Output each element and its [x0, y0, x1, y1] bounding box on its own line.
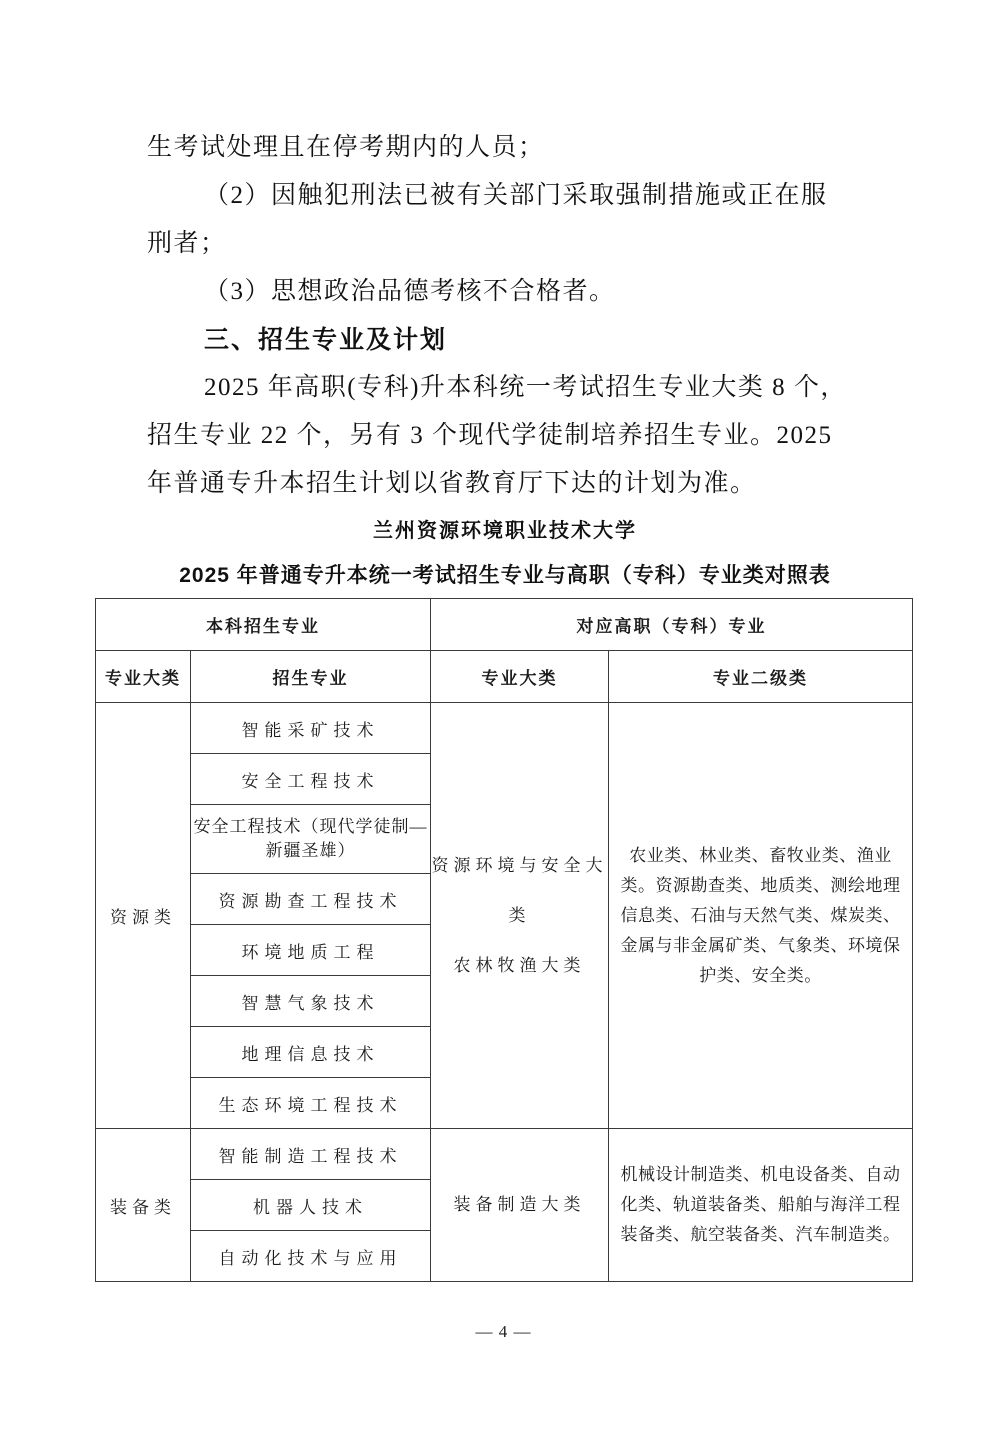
paragraph-line: 2025 年高职(专科)升本科统一考试招生专业大类 8 个，: [147, 364, 863, 412]
paragraph-line: 刑者；: [147, 220, 863, 268]
paragraph-line: 生考试处理且在停考期内的人员；: [147, 124, 863, 172]
header-vocational-group: 对应高职（专科）专业: [431, 599, 913, 651]
major-cell: 地理信息技术: [191, 1027, 431, 1078]
major-cell: 生态环境工程技术: [191, 1078, 431, 1129]
page-number: — 4 —: [0, 1322, 1007, 1342]
major-cell: 资源勘查工程技术: [191, 874, 431, 925]
major-cell: 自动化技术与应用: [191, 1231, 431, 1282]
paragraph-line: 年普通专升本招生计划以省教育厅下达的计划为准。: [147, 460, 863, 508]
main-text-block: 生考试处理且在停考期内的人员； （2）因触犯刑法已被有关部门采取强制措施或正在服…: [147, 124, 863, 594]
category-cell-equipment: 装备类: [96, 1129, 191, 1282]
table-caption: 2025 年普通专升本统一考试招生专业与高职（专科）专业类对照表: [147, 558, 863, 594]
major-cell: 安全工程技术（现代学徒制—新疆圣雄）: [191, 805, 431, 874]
comparison-table-wrap: 本科招生专业 对应高职（专科）专业 专业大类 招生专业 专业大类 专业二级类 资…: [95, 598, 912, 1282]
major-cell: 环境地质工程: [191, 925, 431, 976]
major-comparison-table: 本科招生专业 对应高职（专科）专业 专业大类 招生专业 专业大类 专业二级类 资…: [95, 598, 913, 1282]
header-major-category: 专业大类: [96, 651, 191, 703]
header-enroll-major: 招生专业: [191, 651, 431, 703]
header-undergrad-group: 本科招生专业: [96, 599, 431, 651]
major-cell: 智能采矿技术: [191, 703, 431, 754]
major-cell: 智能制造工程技术: [191, 1129, 431, 1180]
voc-category-line: 装备制造大类: [431, 1180, 608, 1230]
table-row: 资源类 智能采矿技术 资源环境与安全大类 农林牧渔大类 农业类、林业类、畜牧业类…: [96, 703, 913, 754]
secondary-category-cell: 农业类、林业类、畜牧业类、渔业类。资源勘查类、地质类、测绘地理信息类、石油与天然…: [609, 703, 913, 1129]
table-row: 装备类 智能制造工程技术 装备制造大类 机械设计制造类、机电设备类、自动化类、轨…: [96, 1129, 913, 1180]
table-header-row: 专业大类 招生专业 专业大类 专业二级类: [96, 651, 913, 703]
paragraph-line: 招生专业 22 个，另有 3 个现代学徒制培养招生专业。2025: [147, 412, 863, 460]
table-header-group-row: 本科招生专业 对应高职（专科）专业: [96, 599, 913, 651]
major-cell: 智慧气象技术: [191, 976, 431, 1027]
university-name: 兰州资源环境职业技术大学: [147, 514, 863, 548]
header-voc-secondary-category: 专业二级类: [609, 651, 913, 703]
paragraph-line: （3）思想政治品德考核不合格者。: [147, 268, 863, 316]
major-cell: 安全工程技术: [191, 754, 431, 805]
paragraph-line: （2）因触犯刑法已被有关部门采取强制措施或正在服: [147, 172, 863, 220]
major-cell: 机器人技术: [191, 1180, 431, 1231]
header-voc-major-category: 专业大类: [431, 651, 609, 703]
voc-category-line: 资源环境与安全大类: [431, 841, 608, 941]
voc-category-line: 农林牧渔大类: [431, 941, 608, 991]
voc-category-cell: 资源环境与安全大类 农林牧渔大类: [431, 703, 609, 1129]
document-page: { "body": { "lines": [ "生考试处理且在停考期内的人员；"…: [0, 0, 1007, 1430]
voc-category-cell: 装备制造大类: [431, 1129, 609, 1282]
section-heading: 三、招生专业及计划: [147, 316, 863, 364]
category-cell-resources: 资源类: [96, 703, 191, 1129]
secondary-category-cell: 机械设计制造类、机电设备类、自动化类、轨道装备类、船舶与海洋工程装备类、航空装备…: [609, 1129, 913, 1282]
